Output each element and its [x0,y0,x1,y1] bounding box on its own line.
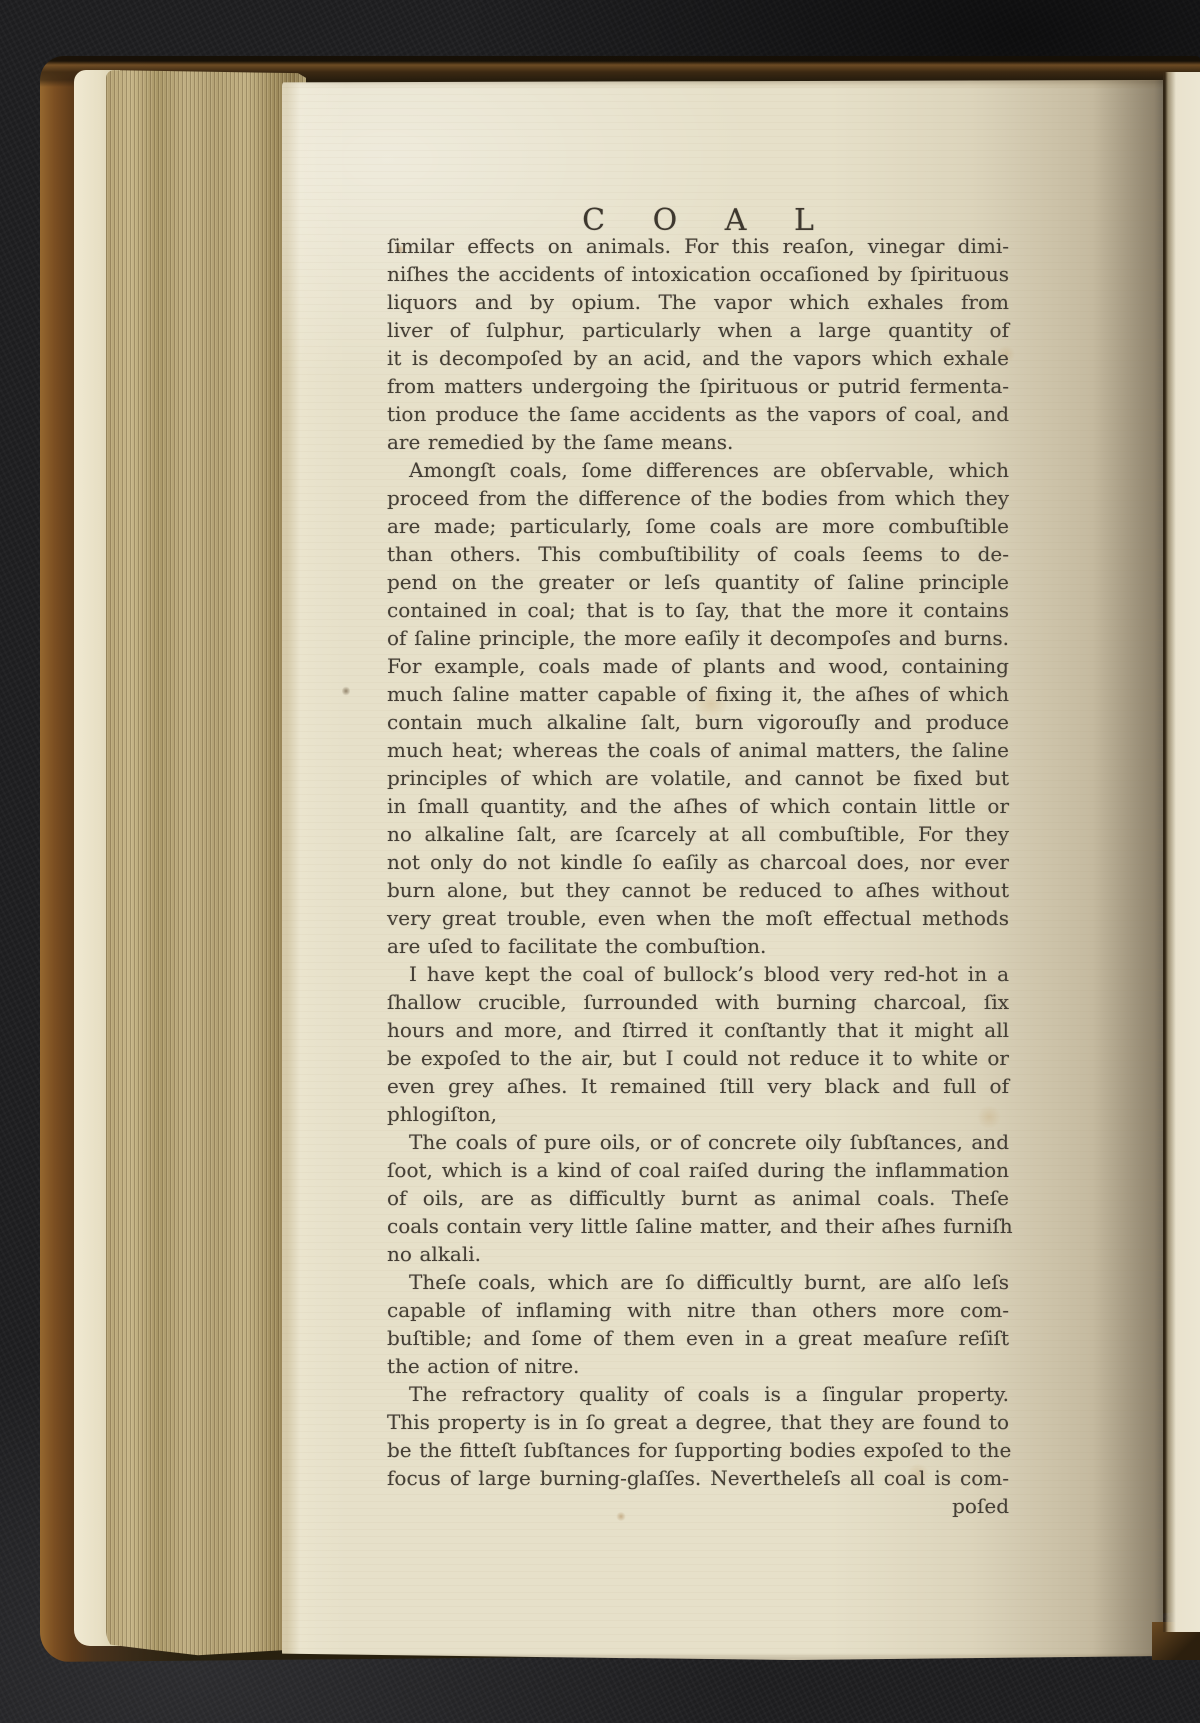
text-line: liquors and by opium. The vapor which ex… [387,288,1009,316]
text-line: be the fitteſt ſubſtances for ſupporting… [387,1436,1009,1464]
text-line: coals contain very little ſaline matter,… [387,1212,1009,1240]
text-line: contain much alkaline ſalt, burn vigorou… [387,708,1009,736]
text-line: principles of which are volatile, and ca… [387,764,1009,792]
text-line: of ſaline principle, the more eaſily it … [387,624,1009,652]
text-line: ſimilar effects on animals. For this rea… [387,232,1009,260]
fore-edge-page-stack [106,70,306,1656]
text-line: For example, coals made of plants and wo… [387,652,1009,680]
text-line: This property is in ſo great a degree, t… [387,1408,1009,1436]
text-line: Amongſt coals, ſome differences are obſe… [387,456,1009,484]
text-line: no alkaline ſalt, are ſcarcely at all co… [387,820,1009,848]
text-line: pend on the greater or leſs quantity of … [387,568,1009,596]
book-page: C O A L ſimilar effects on animals. For … [282,80,1163,1660]
text-line: niſhes the accidents of intoxication occ… [387,260,1009,288]
facing-page-edge [1163,72,1200,1632]
text-line: it is decompoſed by an acid, and the vap… [387,344,1009,372]
text-line: are made; particularly, ſome coals are m… [387,512,1009,540]
text-line: ſhallow crucible, ſurrounded with burnin… [387,988,1009,1016]
text-line: no alkali. [387,1240,1009,1268]
text-line: burn alone, but they cannot be reduced t… [387,876,1009,904]
text-line: liver of ſulphur, particularly when a la… [387,316,1009,344]
text-line: I have kept the coal of bullock’s blood … [387,960,1009,988]
text-line: focus of large burning-glaſſes. Neverthe… [387,1464,1009,1492]
text-line: not only do not kindle ſo eaſily as char… [387,848,1009,876]
ink-speck [342,686,350,696]
text-line: phlogiſton, [387,1100,1009,1128]
text-line: capable of inflaming with nitre than oth… [387,1296,1009,1324]
text-line: tion produce the ſame accidents as the v… [387,400,1009,428]
text-line: much heat; whereas the coals of animal m… [387,736,1009,764]
text-line: buſtible; and ſome of them even in a gre… [387,1324,1009,1352]
book-photo: C O A L ſimilar effects on animals. For … [0,0,1200,1723]
text-line: contained in coal; that is to ſay, that … [387,596,1009,624]
text-line: are remedied by the ſame means. [387,428,1009,456]
catchword: poſed [387,1492,1009,1520]
text-line: are uſed to facilitate the combuſtion. [387,932,1009,960]
text-line: be expoſed to the air, but I could not r… [387,1044,1009,1072]
text-line: the action of nitre. [387,1352,1009,1380]
text-line: very great trouble, even when the moſt e… [387,904,1009,932]
text-line: ſoot, which is a kind of coal raiſed dur… [387,1156,1009,1184]
text-line: Theſe coals, which are ſo difficultly bu… [387,1268,1009,1296]
text-line: than others. This combuſtibility of coal… [387,540,1009,568]
text-line: much ſaline matter capable of fixing it,… [387,680,1009,708]
text-line: in ſmall quantity, and the aſhes of whic… [387,792,1009,820]
text-line: The coals of pure oils, or of concrete o… [387,1128,1009,1156]
text-line: from matters undergoing the ſpirituous o… [387,372,1009,400]
text-line: The refractory quality of coals is a ſin… [387,1380,1009,1408]
text-line: hours and more, and ſtirred it conſtantl… [387,1016,1009,1044]
text-block: ſimilar effects on animals. For this rea… [387,232,1009,1520]
text-line: proceed from the difference of the bodie… [387,484,1009,512]
text-line: of oils, are as difficultly burnt as ani… [387,1184,1009,1212]
text-line: even grey aſhes. It remained ſtill very … [387,1072,1009,1100]
